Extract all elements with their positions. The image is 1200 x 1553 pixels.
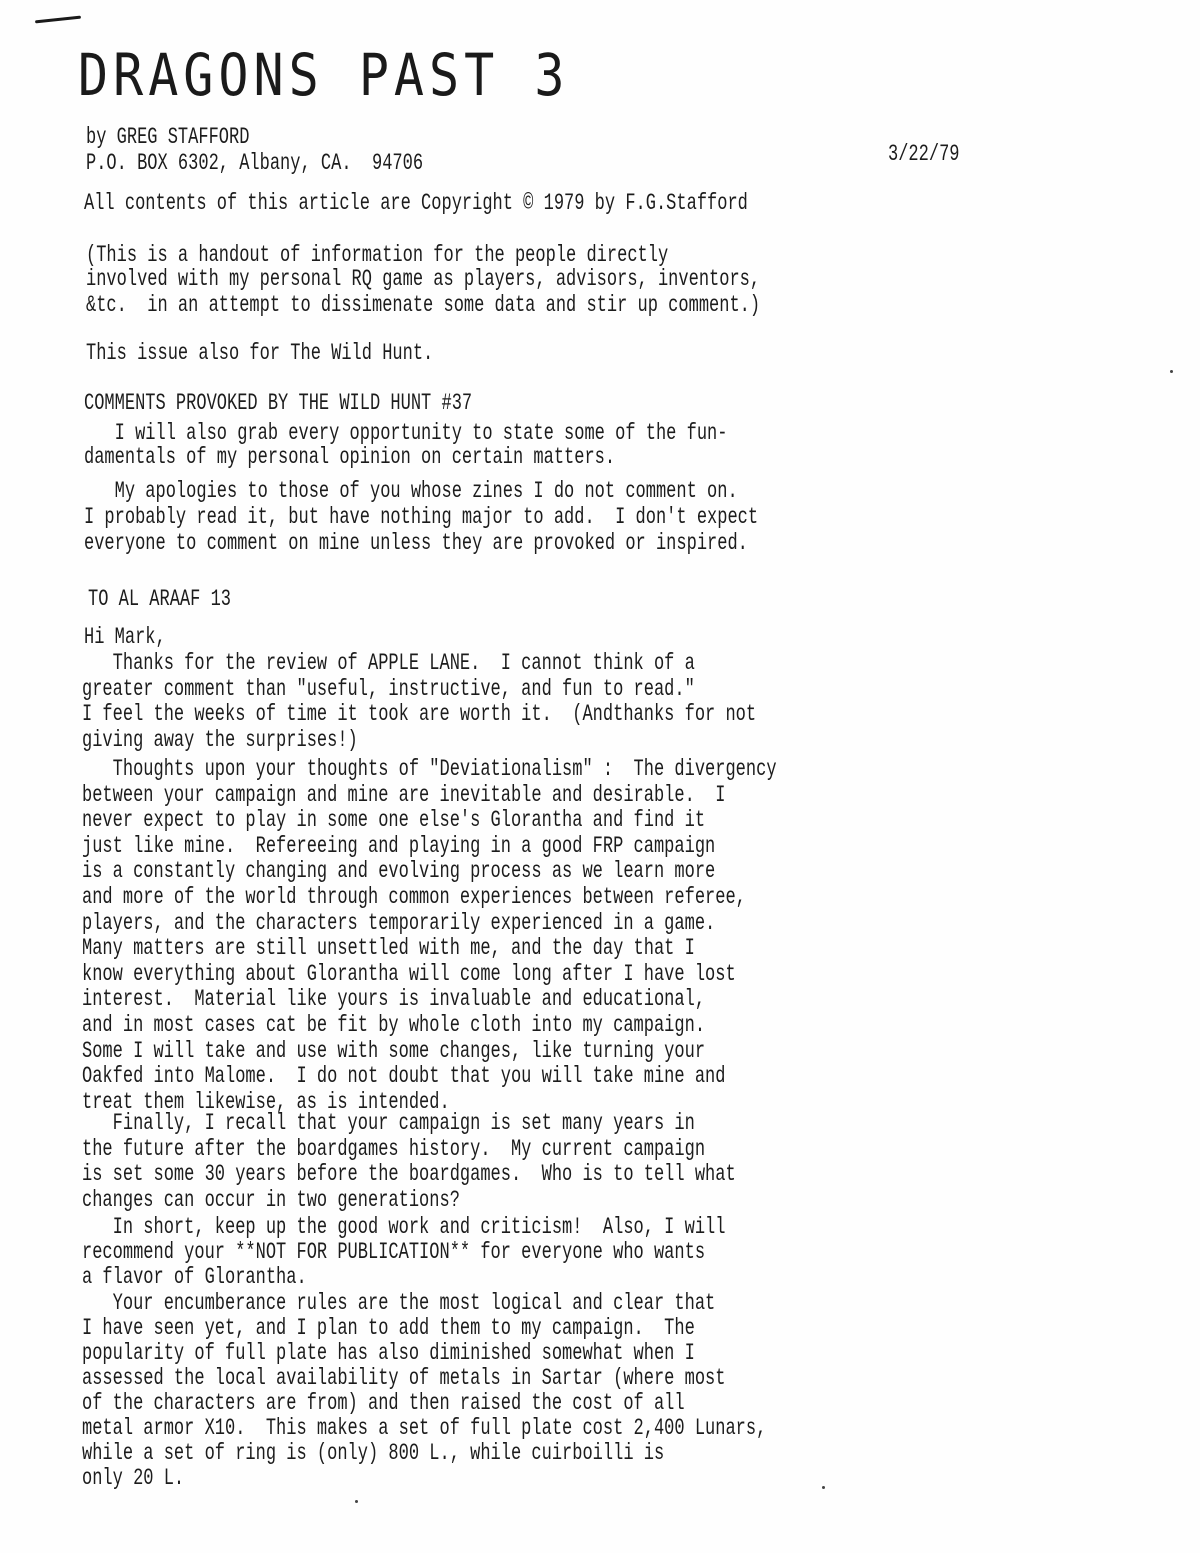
- also-for-note: This issue also for The Wild Hunt.: [86, 340, 433, 366]
- address: P.O. BOX 6302, Albany, CA. 94706: [86, 150, 423, 176]
- salutation: Hi Mark,: [84, 624, 166, 650]
- paragraph-line: everyone to comment on mine unless they …: [84, 530, 748, 556]
- paragraph-line: Some I will take and use with some chang…: [82, 1038, 705, 1064]
- paragraph-line: players, and the characters temporarily …: [82, 910, 715, 936]
- paragraph-line: the future after the boardgames history.…: [82, 1136, 705, 1162]
- paragraph-line: popularity of full plate has also dimini…: [82, 1340, 695, 1366]
- document-date: 3/22/79: [888, 141, 960, 167]
- paragraph-line: and more of the world through common exp…: [82, 884, 746, 910]
- paragraph-line: recommend your **NOT FOR PUBLICATION** f…: [82, 1239, 705, 1265]
- scan-speck: [822, 1486, 825, 1489]
- paragraph-line: changes can occur in two generations?: [82, 1187, 460, 1213]
- intro-line: (This is a handout of information for th…: [86, 242, 668, 268]
- paragraph-line: only 20 L.: [82, 1465, 184, 1491]
- paragraph-line: just like mine. Refereeing and playing i…: [82, 833, 715, 859]
- intro-line: involved with my personal RQ game as pla…: [86, 266, 760, 292]
- paragraph-line: is a constantly changing and evolving pr…: [82, 858, 715, 884]
- paragraph-line: Thanks for the review of APPLE LANE. I c…: [82, 650, 695, 676]
- scan-speck: [355, 1500, 358, 1503]
- paragraph-line: I have seen yet, and I plan to add them …: [82, 1315, 695, 1341]
- paragraph-line: I probably read it, but have nothing maj…: [84, 504, 758, 530]
- paragraph-line: know everything about Glorantha will com…: [82, 961, 736, 987]
- paragraph-line: giving away the surprises!): [82, 727, 358, 753]
- paragraph-line: Finally, I recall that your campaign is …: [82, 1110, 695, 1136]
- paragraph-line: assessed the local availability of metal…: [82, 1365, 725, 1391]
- paragraph-line: My apologies to those of you whose zines…: [84, 478, 738, 504]
- paragraph-line: damentals of my personal opinion on cert…: [84, 444, 615, 470]
- byline: by GREG STAFFORD: [86, 124, 249, 150]
- document-title: DRAGONS PAST 3: [78, 42, 569, 109]
- paragraph-line: and in most cases cat be fit by whole cl…: [82, 1012, 705, 1038]
- paragraph-line: while a set of ring is (only) 800 L., wh…: [82, 1440, 664, 1466]
- pen-mark: [35, 16, 81, 24]
- scan-speck: [1170, 370, 1173, 373]
- paragraph-line: interest. Material like yours is invalua…: [82, 986, 705, 1012]
- paragraph-line: greater comment than "useful, instructiv…: [82, 676, 695, 702]
- paragraph-line: Oakfed into Malome. I do not doubt that …: [82, 1063, 725, 1089]
- paragraph-line: Many matters are still unsettled with me…: [82, 935, 695, 961]
- paragraph-line: between your campaign and mine are inevi…: [82, 782, 725, 808]
- section-heading: TO AL ARAAF 13: [88, 586, 231, 612]
- copyright-notice: All contents of this article are Copyrig…: [84, 190, 748, 216]
- paragraph-line: Your encumberance rules are the most log…: [82, 1290, 715, 1316]
- paragraph-line: a flavor of Glorantha.: [82, 1264, 307, 1290]
- section-heading: COMMENTS PROVOKED BY THE WILD HUNT #37: [84, 390, 472, 416]
- paragraph-line: metal armor X10. This makes a set of ful…: [82, 1415, 766, 1441]
- paragraph-line: is set some 30 years before the boardgam…: [82, 1161, 736, 1187]
- paragraph-line: of the characters are from) and then rai…: [82, 1390, 685, 1416]
- paragraph-line: I feel the weeks of time it took are wor…: [82, 701, 756, 727]
- paragraph-line: never expect to play in some one else's …: [82, 807, 705, 833]
- intro-line: &tc. in an attempt to dissimenate some d…: [86, 292, 760, 318]
- document-page: DRAGONS PAST 3 by GREG STAFFORD P.O. BOX…: [0, 0, 1200, 1553]
- paragraph-line: I will also grab every opportunity to st…: [84, 420, 727, 446]
- paragraph-line: In short, keep up the good work and crit…: [82, 1214, 725, 1240]
- paragraph-line: Thoughts upon your thoughts of "Deviatio…: [82, 756, 777, 782]
